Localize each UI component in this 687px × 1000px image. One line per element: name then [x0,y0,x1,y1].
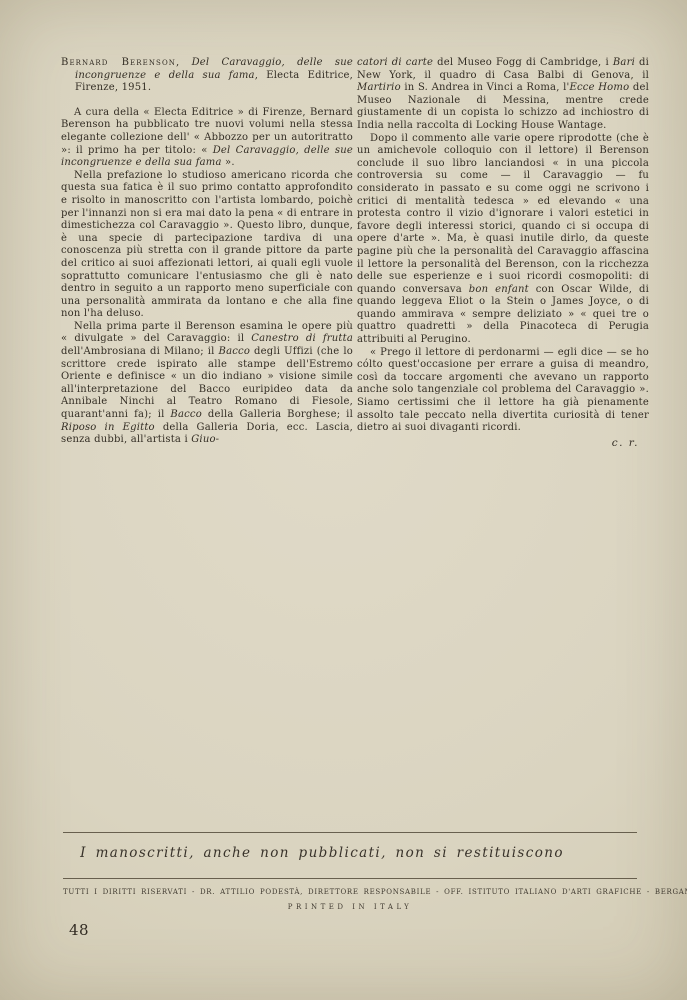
reviewer-initials: c. r. [357,437,649,450]
paragraph: « Prego il lettore di perdonarmi — egli … [357,347,649,435]
smallcaps-author-name: Bernard Berenson [61,57,176,68]
paragraph: Dopo il commento alle varie opere riprod… [357,133,649,347]
italic-text: Bari [613,57,635,68]
manuscript-notice: I manoscritti, anche non pubblicati, non… [35,845,609,861]
text-run: , [176,57,192,68]
italic-text: Bacco [170,409,202,420]
divider-rule-bottom [63,878,637,879]
italic-text: catori di carte [357,57,433,68]
text-column-left: Bernard Berenson, Del Caravaggio, delle … [61,57,353,447]
italic-text: Riposo in Egitto [61,422,155,433]
italic-text: Ecce Homo [569,82,629,93]
text-column-right: catori di carte del Museo Fogg di Cambri… [357,57,649,449]
paragraph: Nella prima parte il Berenson esamina le… [61,321,353,447]
divider-rule-top [63,832,637,833]
text-run: in S. Andrea in Vinci a Roma, l' [401,82,570,93]
page-number: 48 [69,921,89,939]
text-run: Nella prefazione lo studioso americano r… [61,170,353,320]
colophon-line: TUTTI I DIRITTI RISERVATI - DR. ATTILIO … [63,888,637,896]
italic-text: Martirio [357,82,401,93]
text-run: della Galleria Borghese; il [202,409,353,420]
paragraph: catori di carte del Museo Fogg di Cambri… [357,57,649,133]
paragraph: Nella prefazione lo studioso americano r… [61,170,353,321]
paragraph: Bernard Berenson, Del Caravaggio, delle … [61,57,353,95]
text-run: dell'Ambrosiana di Milano; il [61,346,219,357]
text-run: Dopo il commento alle varie opere riprod… [357,133,649,295]
italic-text: bon enfant [469,284,529,295]
paragraph: A cura della « Electa Editrice » di Fire… [61,107,353,170]
printed-in-italy: PRINTED IN ITALY [63,903,637,911]
text-run: del Museo Fogg di Cambridge, i [433,57,613,68]
text-run: ». [222,157,235,168]
italic-text: Bacco [219,346,251,357]
italic-text: Giuo- [191,434,219,445]
page-scan: Bernard Berenson, Del Caravaggio, delle … [0,0,687,1000]
text-run: « Prego il lettore di perdonarmi — egli … [357,347,649,434]
italic-text: Canestro di frutta [251,333,353,344]
